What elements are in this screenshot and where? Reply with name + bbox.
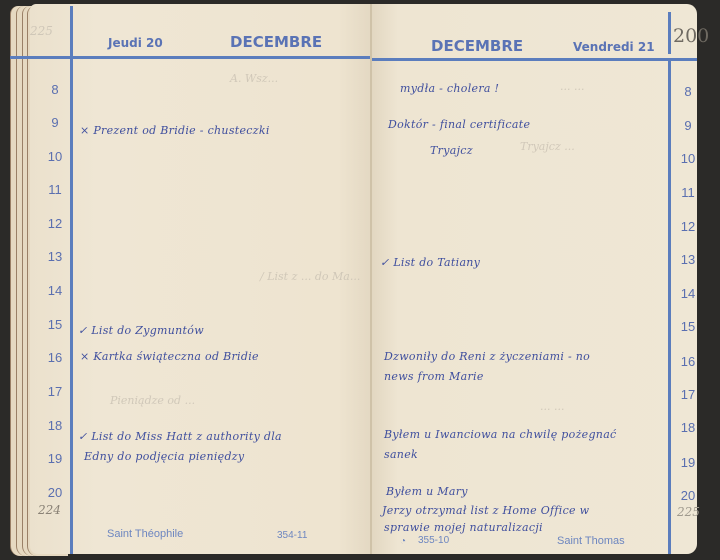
diary-entry: ✓ List do Miss Hatt z authority dla: [78, 430, 282, 443]
page-number: 225: [677, 505, 700, 519]
bleed-through-text: Pieniądze od ...: [110, 394, 195, 407]
hour-label: 19: [673, 455, 703, 470]
diary-entry: ✓ List do Zygmuntów: [78, 324, 204, 337]
hour-label: 10: [40, 149, 70, 164]
hour-label: 10: [673, 151, 703, 166]
diary-entry: Doktór - final certificate: [388, 118, 530, 131]
diary-entry: × Kartka świąteczna od Bridie: [80, 350, 259, 363]
left-day-label: Jeudi 20: [108, 36, 163, 50]
diary-entry: mydła - cholera !: [400, 82, 499, 95]
bleed-through-text: ... ...: [540, 400, 564, 413]
hour-label: 15: [673, 319, 703, 334]
hour-label: 18: [673, 420, 703, 435]
hour-label: 11: [40, 182, 70, 197]
hour-label: 12: [40, 216, 70, 231]
diary-entry: Tryajcz: [430, 144, 473, 157]
bleed-through-number: 225: [30, 24, 53, 38]
moon-phase-icon: ◔: [400, 536, 406, 547]
diary-entry: news from Marie: [384, 370, 484, 383]
hour-label: 8: [40, 82, 70, 97]
hour-label: 19: [40, 451, 70, 466]
left-footer-saint: Saint Théophile: [107, 528, 183, 540]
right-footer-saint: Saint Thomas: [557, 535, 625, 547]
hour-label: 18: [40, 418, 70, 433]
hour-label: 14: [673, 286, 703, 301]
left-header-rule: [10, 56, 372, 59]
diary-entry: ✓ List do Tatiany: [380, 256, 480, 269]
right-footer-days: 355-10: [418, 535, 449, 546]
page-number: 224: [38, 503, 61, 517]
bleed-through-text: A. Wsz...: [230, 72, 278, 85]
hour-label: 17: [673, 387, 703, 402]
hour-label: 20: [40, 485, 70, 500]
diary-entry: sprawie mojej naturalizacji: [384, 521, 543, 534]
diary-entry: Edny do podjęcia pieniędzy: [84, 450, 244, 463]
pencil-page-number: 200: [673, 25, 709, 47]
hour-label: 12: [673, 219, 703, 234]
diary-entry: Jerzy otrzymał list z Home Office w: [382, 504, 589, 517]
hour-label: 13: [40, 249, 70, 264]
hour-label: 9: [673, 118, 703, 133]
hour-label: 17: [40, 384, 70, 399]
hour-label: 13: [673, 252, 703, 267]
diary-entry: Byłem u Mary: [386, 485, 468, 498]
diary-spread: 225 Jeudi 20 DECEMBRE 8 9 10 11 12 13 14…: [0, 0, 720, 560]
hour-label: 11: [673, 185, 703, 200]
left-month-label: DECEMBRE: [230, 33, 322, 51]
hour-label: 9: [40, 115, 70, 130]
right-margin-rule: [668, 60, 671, 554]
hour-label: 15: [40, 317, 70, 332]
hour-label: 20: [673, 488, 703, 503]
hour-label: 8: [673, 84, 703, 99]
hour-label: 16: [40, 350, 70, 365]
hour-label: 16: [673, 354, 703, 369]
diary-entry: sanek: [384, 448, 418, 461]
diary-entry: × Prezent od Bridie - chusteczki: [80, 124, 270, 137]
bleed-through-text: ... ...: [560, 80, 584, 93]
hour-label: 14: [40, 283, 70, 298]
right-month-label: DECEMBRE: [431, 37, 523, 55]
right-header-rule: [372, 58, 697, 61]
left-footer-days: 354-11: [277, 530, 307, 541]
diary-entry: Dzwoniły do Reni z życzeniami - no: [384, 350, 590, 363]
bleed-through-text: Tryajcz ...: [520, 140, 575, 153]
right-day-label: Vendredi 21: [573, 40, 655, 54]
right-margin-rule-top: [668, 12, 671, 54]
bleed-through-text: / List z ... do Ma...: [260, 270, 360, 283]
diary-entry: Byłem u Iwanciowa na chwilę pożegnać: [384, 428, 617, 441]
left-margin-rule: [70, 6, 73, 554]
